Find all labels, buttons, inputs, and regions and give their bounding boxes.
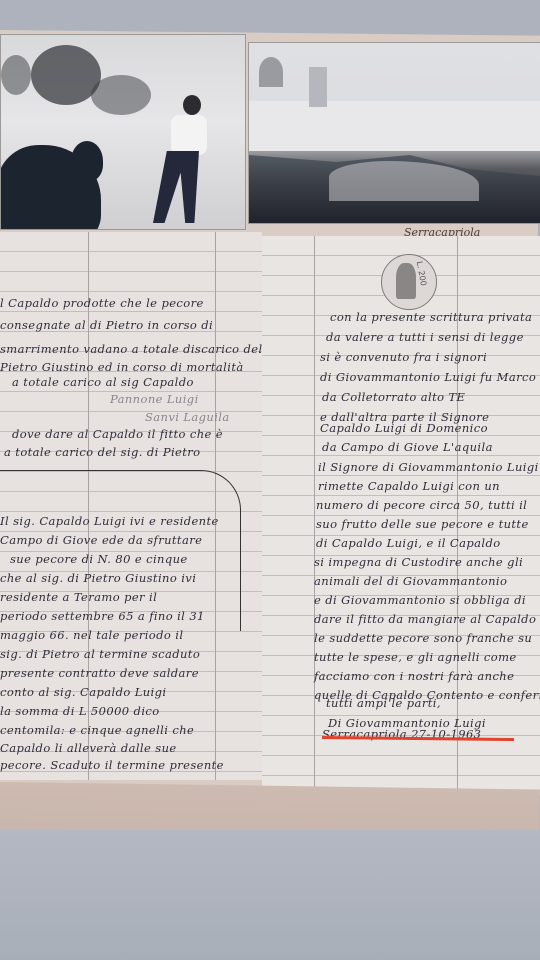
handwritten-line: il Signore di Giovammantonio Luigi [318, 460, 539, 474]
handwritten-line: dare il fitto da mangiare al Capaldo [314, 612, 536, 626]
handwritten-line: Il sig. Capaldo Luigi ivi e residente [0, 514, 219, 528]
handwritten-line: periodo settembre 65 a fino il 31 [0, 609, 205, 623]
handwritten-line: presente contratto deve saldare [0, 666, 199, 680]
stamp-figure-icon [396, 263, 416, 299]
handwritten-line: le suddette pecore sono franche su [314, 631, 532, 645]
handwritten-line: tutti ampi le parti, [326, 696, 441, 710]
handwritten-line: da valere a tutti i sensi di legge [326, 330, 524, 344]
margin-line [314, 236, 315, 796]
handwritten-line: l Capaldo prodotte che le pecore [0, 296, 204, 310]
handwritten-line: animali del di Giovammantonio [314, 574, 507, 588]
handwritten-line: la somma di L 50000 dico [0, 704, 160, 718]
handwritten-line: dove dare al Capaldo il fitto che è [12, 427, 223, 441]
bracket-mark [0, 470, 241, 631]
photo-town-view [248, 42, 540, 224]
stamp-value: L. 200 [415, 261, 428, 287]
handwritten-line: facciamo con i nostri farà anche [314, 669, 514, 683]
handwritten-line: di Giovammantonio Luigi fu Marco [320, 370, 536, 384]
church-dome [259, 57, 283, 87]
handwritten-line: a totale carico al sig Capaldo [12, 375, 194, 389]
handwritten-line: Capaldo Luigi di Domenico [320, 421, 488, 435]
handwritten-line: centomila: e cinque agnelli che [0, 723, 194, 737]
handwritten-line: suo frutto delle sue pecore e tutte [316, 517, 529, 531]
handwritten-line: maggio 66. nel tale periodo il [0, 628, 183, 642]
handwritten-line: Capaldo li alleverà dalle sue [0, 741, 177, 755]
revenue-stamp: L. 200 [381, 254, 437, 310]
man-head [183, 95, 201, 115]
handwritten-line: da Colletorrato alto TE [322, 390, 465, 404]
dog-head [71, 141, 103, 181]
photo-man-with-dog [0, 34, 246, 230]
handwritten-line: si impegna di Custodire anche gli [314, 555, 523, 569]
faint-signature: Sanvi Laguila [145, 410, 230, 424]
handwritten-line: sue pecore di N. 80 e cinque [10, 552, 188, 566]
handwritten-line: tutte le spese, e gli agnelli come [314, 650, 517, 664]
handwritten-line: rimette Capaldo Luigi con un [318, 479, 500, 493]
handwritten-line: pecore. Scaduto il termine presente [0, 758, 224, 772]
handwritten-line: Pietro Giustino ed in corso di mortalità [0, 360, 244, 374]
man-shirt [171, 115, 207, 155]
handwritten-line: si è convenuto fra i signori [320, 350, 487, 364]
handwritten-line: consegnate al di Pietro in corso di [0, 318, 213, 332]
handwritten-line: con la presente scrittura privata [330, 310, 532, 324]
town-buildings [249, 101, 540, 151]
faint-signature: Pannone Luigi [110, 392, 199, 406]
handwritten-line: a totale carico del sig. di Pietro [4, 445, 200, 459]
floor-background [0, 830, 540, 960]
handwritten-line: Campo di Giove ede da sfruttare [0, 533, 202, 547]
handwritten-line: e di Giovammantonio si obbliga di [314, 593, 526, 607]
bell-tower [309, 67, 327, 107]
bush-shape [91, 75, 151, 115]
handwritten-line: numero di pecore circa 50, tutti il [316, 498, 527, 512]
handwritten-line: residente a Teramo per il [0, 590, 157, 604]
handwritten-line: conto al sig. Capaldo Luigi [0, 685, 166, 699]
shed-shape [1, 55, 31, 95]
handwritten-line: di Capaldo Luigi, e il Capaldo [316, 536, 501, 550]
handwritten-line: da Campo di Giove L'aquila [322, 440, 493, 454]
man-legs [153, 151, 199, 223]
handwritten-line: smarrimento vadano a totale discarico de… [0, 342, 289, 356]
handwritten-line: sig. di Pietro al termine scaduto [0, 647, 200, 661]
handwritten-line: che al sig. di Pietro Giustino ivi [0, 571, 196, 585]
